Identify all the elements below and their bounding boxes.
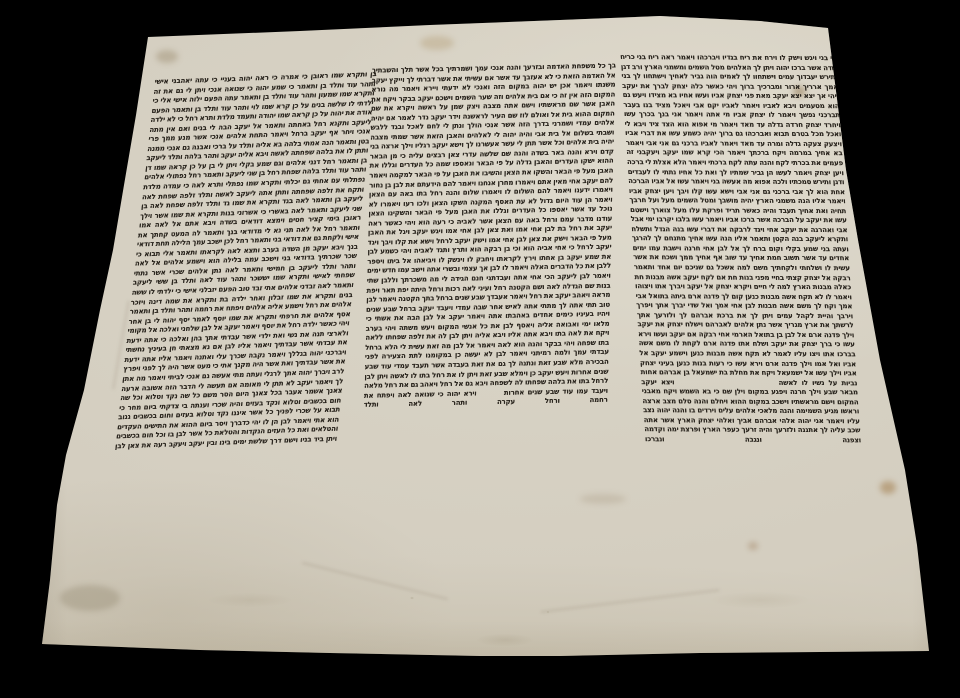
photograph-canvas: לי בני ויגש וישק לו וירח את ריח בגדיו וי… — [0, 0, 960, 698]
torah-column-right: לי בני ויגש וישק לו וירח את ריח בגדיו וי… — [620, 53, 869, 566]
torah-text-segment: בך כל משפחת האדמה ובזרעך והנה אנכי עמך ו… — [364, 61, 616, 396]
parashah-break-gap — [477, 394, 501, 396]
torah-column-left: בן ותקרא שמו ראובן כי אמרה כי ראה יהוה ב… — [98, 70, 377, 600]
torah-text-segment: ויצא יעקב מבאר שבע וילך חרנה ויפגע במקום… — [641, 378, 861, 444]
parashah-break-gap — [674, 383, 774, 385]
crease-line — [541, 589, 720, 613]
torah-text-segment: בן ותקרא שמו ראובן כי אמרה כי ראה יהוה ב… — [115, 70, 377, 450]
torah-text-segment: לי בני ויגש וישק לו וירח את ריח בגדיו וי… — [620, 53, 858, 387]
stain-spot — [156, 50, 178, 63]
stain-spot — [880, 481, 896, 494]
parchment-sheet: לי בני ויגש וישק לו וירח את ריח בגדיו וי… — [0, 0, 960, 698]
torah-column-middle: בך כל משפחת האדמה ובזרעך והנה אנכי עמך ו… — [360, 61, 616, 572]
stain-spot — [420, 36, 454, 50]
